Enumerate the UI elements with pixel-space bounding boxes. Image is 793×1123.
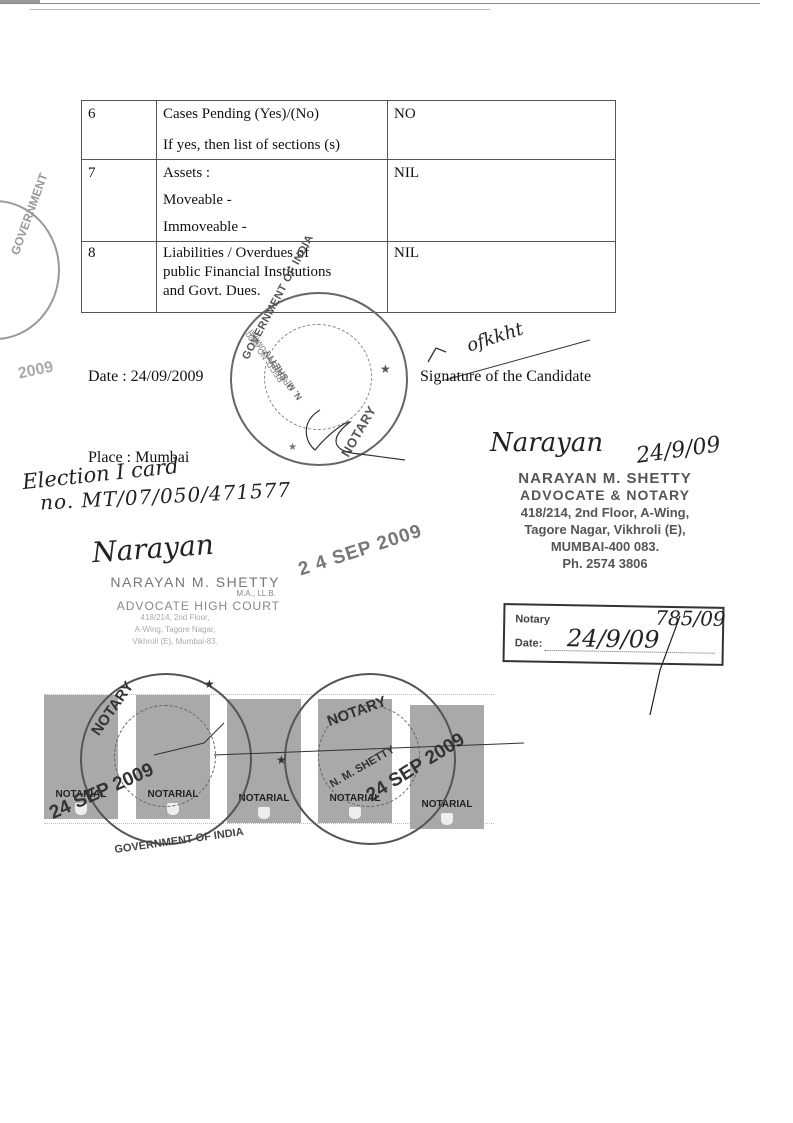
signature-label: Signature of the Candidate <box>420 368 591 386</box>
notary-name: NARAYAN M. SHETTY <box>470 470 740 487</box>
declaration-table: 6 Cases Pending (Yes)/(No) If yes, then … <box>81 100 616 313</box>
description-line: Cases Pending (Yes)/(No) <box>163 103 381 126</box>
notary-stamp-right: NARAYAN M. SHETTY ADVOCATE & NOTARY 418/… <box>470 470 740 572</box>
notary-title: ADVOCATE & NOTARY <box>470 487 740 504</box>
row-description: Assets : Moveable - Immoveable - <box>157 160 388 242</box>
register-notary-label: Notary <box>515 613 550 626</box>
advocate-title: ADVOCATE HIGH COURT <box>40 600 280 612</box>
declaration-date: Date : 24/09/2009 <box>88 368 204 386</box>
row-value: NIL <box>388 242 616 313</box>
seal-signature-scribble <box>290 402 410 462</box>
description-line: If yes, then list of sections (s) <box>163 134 381 157</box>
row-number: 8 <box>82 242 157 313</box>
stamp-cross-line <box>144 715 524 775</box>
notary-address-1: 418/214, 2nd Floor, A-Wing, <box>470 504 740 521</box>
row-number: 6 <box>82 101 157 160</box>
notary-sign-date: 24/9/09 <box>635 432 722 469</box>
advocate-address-3: Vikhroli (E), Mumbai-83. <box>70 636 280 648</box>
table-row: 6 Cases Pending (Yes)/(No) If yes, then … <box>82 101 616 160</box>
notary-signature-right: Narayan <box>490 428 603 458</box>
left-edge-year: 2009 <box>17 358 56 383</box>
emblem-icon <box>441 813 453 825</box>
emblem-icon <box>258 807 270 819</box>
advocate-address-1: 418/214, 2nd Floor, <box>70 612 280 624</box>
row-value: NO <box>388 101 616 160</box>
star-icon: ★ <box>204 677 215 692</box>
star-icon: ★ <box>276 753 287 768</box>
description-line: Assets : <box>163 162 381 185</box>
register-signature-stroke <box>640 610 690 720</box>
advocate-stamp-left: NARAYAN M. SHETTY M.A., LL.B. ADVOCATE H… <box>40 576 280 648</box>
notary-phone: Ph. 2574 3806 <box>470 555 740 572</box>
notary-seal: GOVERNMENT OF INDIA NOTARY N. M. SHETTY … <box>230 292 410 468</box>
row-number: 7 <box>82 160 157 242</box>
advocate-signature-left: Narayan <box>91 528 215 569</box>
scan-edge-line <box>0 3 760 4</box>
star-icon: ★ <box>380 362 391 377</box>
description-line: Moveable - <box>163 189 381 212</box>
description-line: public Financial Institutions <box>163 263 381 282</box>
description-line: Immoveable - <box>163 216 381 239</box>
table-row: 7 Assets : Moveable - Immoveable - NIL <box>82 160 616 242</box>
notary-register-box: Notary 785/09 Date: 24/9/09 <box>503 603 725 666</box>
row-description: Cases Pending (Yes)/(No) If yes, then li… <box>157 101 388 160</box>
notary-address-3: MUMBAI-400 083. <box>470 538 740 555</box>
advocate-name: NARAYAN M. SHETTY <box>40 576 280 588</box>
description-line: Liabilities / Overdues of <box>163 244 381 263</box>
register-date-label: Date: <box>515 637 543 649</box>
notary-address-2: Tagore Nagar, Vikhroli (E), <box>470 521 740 538</box>
date-stamp: 2 4 SEP 2009 <box>296 521 425 582</box>
scan-edge-line-secondary <box>30 9 490 10</box>
left-edge-seal: GOVERNMENT <box>0 200 60 340</box>
notarial-stamp-strip: NOTARIAL NOTARIAL NOTARIAL NOTARIAL NOTA… <box>44 694 494 824</box>
advocate-address-2: A-Wing, Tagore Nagar, <box>70 624 280 636</box>
row-value: NIL <box>388 160 616 242</box>
